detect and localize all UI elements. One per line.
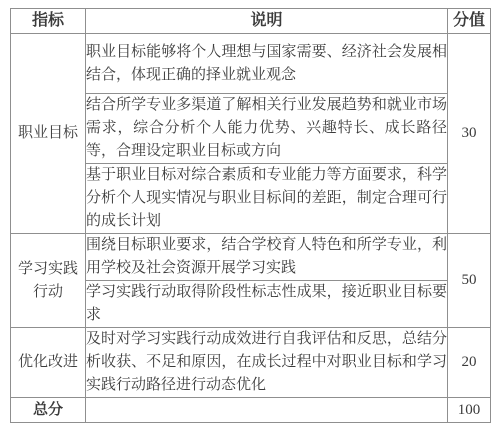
- score-career-goal: 30: [448, 34, 491, 234]
- table-row: 学习实践行动 围绕目标职业要求，结合学校育人特色和所学专业，利用学校及社会资源开…: [11, 234, 491, 281]
- total-row: 总分 100: [11, 398, 491, 402]
- table-row: 优化改进 及时对学习实践行动成效进行自我评估和反思，总结分析收获、不足和原因，在…: [11, 328, 491, 398]
- description-cell: 职业目标能够将个人理想与国家需要、经济社会发展相结合，体现正确的择业就业观念: [86, 34, 448, 94]
- description-cell: 及时对学习实践行动成效进行自我评估和反思，总结分析收获、不足和原因，在成长过程中…: [86, 328, 448, 398]
- header-indicator: 指标: [11, 9, 86, 34]
- evaluation-rubric-table: 指标 说明 分值 职业目标 职业目标能够将个人理想与国家需要、经济社会发展相结合…: [10, 8, 491, 401]
- score-learning-practice: 50: [448, 234, 491, 328]
- rubric-table-container: 指标 说明 分值 职业目标 职业目标能够将个人理想与国家需要、经济社会发展相结合…: [10, 8, 491, 401]
- description-cell: 学习实践行动取得阶段性标志性成果，接近职业目标要求: [86, 281, 448, 328]
- table-row: 职业目标 职业目标能够将个人理想与国家需要、经济社会发展相结合，体现正确的择业就…: [11, 34, 491, 94]
- header-row: 指标 说明 分值: [11, 9, 491, 34]
- header-description: 说明: [86, 9, 448, 34]
- indicator-career-goal: 职业目标: [11, 34, 86, 234]
- indicator-optimization: 优化改进: [11, 328, 86, 398]
- header-score: 分值: [448, 9, 491, 34]
- total-label: 总分: [11, 398, 86, 402]
- description-cell: 结合所学专业多渠道了解相关行业发展趋势和就业市场需求，综合分析个人能力优势、兴趣…: [86, 94, 448, 164]
- description-cell: 基于职业目标对综合素质和专业能力等方面要求，科学分析个人现实情况与职业目标间的差…: [86, 164, 448, 234]
- score-optimization: 20: [448, 328, 491, 398]
- indicator-learning-practice: 学习实践行动: [11, 234, 86, 328]
- description-cell: 围绕目标职业要求，结合学校育人特色和所学专业，利用学校及社会资源开展学习实践: [86, 234, 448, 281]
- total-description-empty: [86, 398, 448, 402]
- total-score: 100: [448, 398, 491, 402]
